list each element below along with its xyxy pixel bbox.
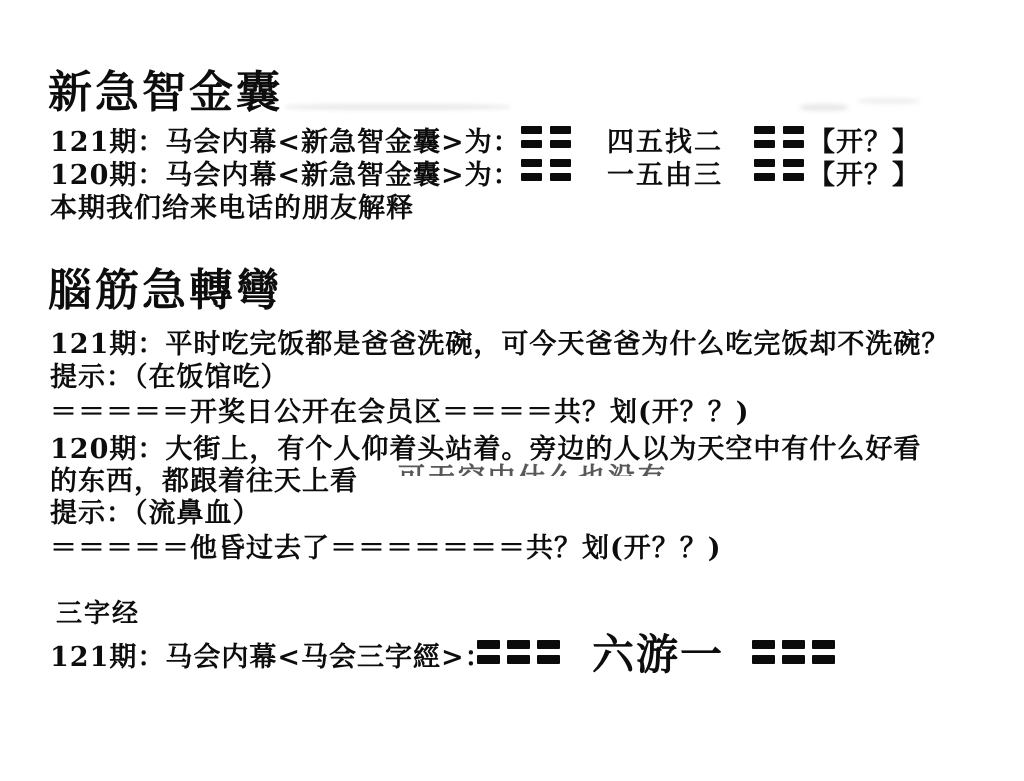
broken-bars-2x2-icon xyxy=(754,126,804,148)
sanzijing-code: 六游一 xyxy=(592,622,724,682)
sanzijing-issue-label: 121期：马会内幕<马会三字經>： xyxy=(50,635,493,674)
riddle-120-faint-text: 可天空中什么也没有 xyxy=(398,456,668,480)
scan-smudge xyxy=(285,104,510,110)
section-naojin-title: 腦筋急轉彎 xyxy=(48,254,283,318)
broken-bars-2x2-icon xyxy=(521,126,571,148)
hint-121: 提示：（在饭馆吃） xyxy=(50,355,289,394)
broken-bars-2x3-icon xyxy=(477,640,560,664)
answer-120: ＝＝＝＝＝他昏过去了＝＝＝＝＝＝＝共？划(开？？) xyxy=(50,526,722,565)
issue-120-code: 一五由三 xyxy=(607,153,723,192)
broken-bars-2x2-icon xyxy=(754,159,804,181)
section-sanzijing-title: 三字经 xyxy=(56,593,140,630)
broken-bars-2x2-icon xyxy=(521,159,571,181)
issue-120-result: 【开？】 xyxy=(808,153,920,192)
section-jinnang-title: 新急智金囊 xyxy=(48,56,283,120)
scan-smudge xyxy=(800,104,848,111)
scan-smudge xyxy=(858,98,920,104)
jinnang-note: 本期我们给来电话的朋友解释 xyxy=(50,186,414,225)
broken-bars-2x3-icon xyxy=(752,640,835,664)
half-printed-text: 可天空中什么也没有 xyxy=(398,456,668,476)
hint-120: 提示：（流鼻血） xyxy=(50,491,261,530)
answer-121: ＝＝＝＝＝开奖日公开在会员区＝＝＝＝共？划(开？？) xyxy=(50,390,750,429)
